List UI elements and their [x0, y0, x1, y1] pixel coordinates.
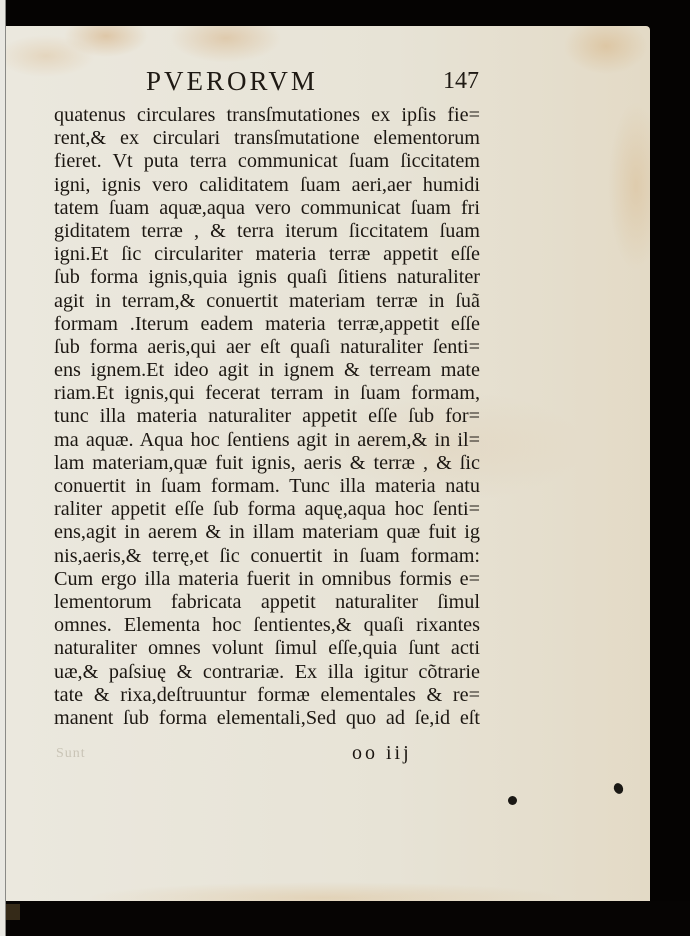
text-line: ſub forma ignis,quia ignis quaſi ſitiens…	[54, 266, 480, 289]
text-line: Cum ergo illa materia fuerit in omnibus …	[54, 568, 480, 591]
text-line: manent ſub forma elementali,Sed quo ad ſ…	[54, 707, 480, 730]
text-line: raliter appetit eſſe ſub forma aquę,aqua…	[54, 498, 480, 521]
text-line: omnes. Elementa hoc ſentientes,& quaſi r…	[54, 614, 480, 637]
ink-blot	[508, 796, 517, 805]
text-line: quatenus circulares transſmutationes ex …	[54, 104, 480, 127]
text-line: formam .Iterum eadem materia terræ,appet…	[54, 313, 480, 336]
text-line: conuertit in ſuam formam. Tunc illa mate…	[54, 475, 480, 498]
text-line: lam materiam,quæ fuit ignis, aeris & ter…	[54, 452, 480, 475]
show-through-text: Sunt	[56, 746, 86, 762]
text-line: igni, ignis vero caliditatem ſuam aeri,a…	[54, 174, 480, 197]
body-text-block: quatenus circulares transſmutationes ex …	[54, 104, 480, 730]
text-line: ens ignem.Et ideo agit in ignem & terrea…	[54, 359, 480, 382]
text-line: igni.Et ſic circulariter materia terræ a…	[54, 243, 480, 266]
text-line: tatem ſuam aquæ,aqua vero communicat ſua…	[54, 197, 480, 220]
text-line: rent,& ex circulari transſmutatione elem…	[54, 127, 480, 150]
text-line: ſub forma aeris,qui aer eſt quaſi natura…	[54, 336, 480, 359]
text-line: tate & rixa,deſtruuntur formæ elementale…	[54, 684, 480, 707]
text-line: tunc illa materia naturaliter appetit eſ…	[54, 405, 480, 428]
text-line: riam.Et ignis,qui fecerat terram in ſuam…	[54, 382, 480, 405]
text-line: naturaliter omnes volunt ſimul eſſe,quia…	[54, 637, 480, 660]
text-line: uæ,& paſsiuę & contrariæ. Ex illa igitur…	[54, 661, 480, 684]
running-head: PVERORVM	[146, 66, 318, 97]
corner-stain	[6, 904, 20, 920]
text-line: giditatem terræ , & terra iterum ſiccita…	[54, 220, 480, 243]
page-number: 147	[443, 68, 479, 95]
text-line: ma aquæ. Aqua hoc ſentiens agit in aerem…	[54, 429, 480, 452]
signature-mark: oo iij	[352, 742, 412, 765]
text-line: lementorum fabricata appetit naturaliter…	[54, 591, 480, 614]
scanned-page-view: PVERORVM 147 quatenus circulares transſm…	[0, 0, 690, 936]
bottom-shadow	[6, 901, 690, 936]
text-line: agit in terram,& conuertit materiam terr…	[54, 290, 480, 313]
text-line: fieret. Vt puta terra communicat ſuam ſi…	[54, 150, 480, 173]
text-line: ens,agit in aerem & in illam materiam qu…	[54, 521, 480, 544]
text-line: nis,aeris,& terrę,et ſic conuertit in ſu…	[54, 545, 480, 568]
